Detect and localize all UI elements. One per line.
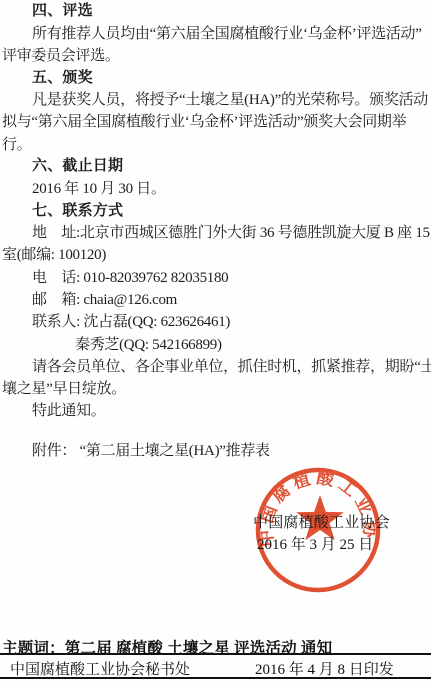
section6-deadline: 2016 年 10 月 30 日。 xyxy=(32,181,166,198)
section4-line1: 所有推荐人员均由“第六届全国腐植酸行业‘乌金杯’评选活动” xyxy=(32,26,422,43)
closing-notice: 特此通知。 xyxy=(32,403,106,420)
signature-org: 中国腐植酸工业协会 xyxy=(253,511,390,532)
section4-line2: 评审委员会评选。 xyxy=(2,48,120,65)
section5-line3: 行。 xyxy=(2,137,31,154)
footer-rule-bottom xyxy=(0,677,431,679)
contact-address-line1: 地 址:北京市西城区德胜门外大街 36 号德胜凯旋大厦 B 座 1513 xyxy=(32,225,431,242)
footer-issuer: 中国腐植酸工业协会秘书处 xyxy=(10,658,190,679)
closing-line1: 请各会员单位、各企事业单位，抓住时机，抓紧推荐，期盼“土 xyxy=(32,359,431,376)
section6-heading: 六、截止日期 xyxy=(32,158,123,175)
contact-phone: 电 话: 010-82039762 82035180 xyxy=(32,270,228,287)
contact-person-2: 秦秀芝(QQ: 542166899) xyxy=(75,337,222,354)
contact-email: 邮 箱: chaia@126.com xyxy=(32,292,177,309)
attachment-line: 附件： “第二届土壤之星(HA)”推荐表 xyxy=(32,443,270,460)
section7-heading: 七、联系方式 xyxy=(32,203,123,220)
section5-heading: 五、颁奖 xyxy=(32,70,93,87)
document-page: 四、评选 所有推荐人员均由“第六届全国腐植酸行业‘乌金杯’评选活动” 评审委员会… xyxy=(0,0,431,683)
section5-line2: 拟与“第六届全国腐植酸行业‘乌金杯’评选活动”颁奖大会同期举 xyxy=(2,114,406,131)
contact-person-1: 联系人: 沈占磊(QQ: 623626461) xyxy=(32,314,230,331)
footer-print-date: 2016 年 4 月 8 日印发 xyxy=(255,658,394,679)
section5-line1: 凡是获奖人员，将授予“土壤之星(HA)”的光荣称号。颁奖活动 xyxy=(32,92,428,109)
signature-date: 2016 年 3 月 25 日 xyxy=(257,533,373,554)
section4-heading: 四、评选 xyxy=(32,3,93,20)
closing-line2: 壤之星”早日绽放。 xyxy=(2,381,126,398)
contact-address-line2: 室(邮编: 100120) xyxy=(2,247,106,264)
footer-rule-top xyxy=(0,653,431,655)
